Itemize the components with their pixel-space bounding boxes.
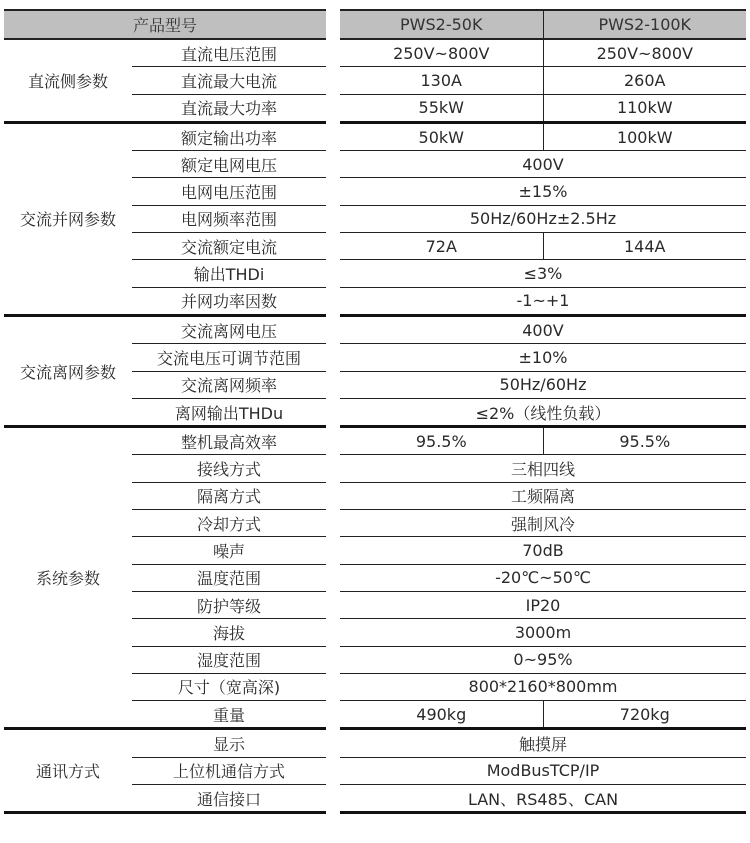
param-name: 直流最大电流: [132, 67, 326, 94]
value-row: 三相四线: [340, 455, 746, 482]
value-cell: ≤2%（线性负载）: [340, 399, 746, 425]
group-label: 系统参数: [4, 428, 132, 727]
param-group: 直流侧参数直流电压范围直流最大电流直流最大功率: [4, 40, 326, 124]
value-row: 工频隔离: [340, 483, 746, 510]
value-cell: 130A: [340, 67, 543, 93]
value-row: 70dB: [340, 537, 746, 564]
value-cell: 50Hz/60Hz±2.5Hz: [340, 206, 746, 232]
param-name: 交流电压可调节范围: [132, 344, 326, 371]
value-cell: 95.5%: [340, 428, 543, 454]
value-row: ±10%: [340, 344, 746, 371]
value-cell: 400V: [340, 151, 746, 177]
param-name: 通信接口: [132, 785, 326, 811]
value-row: 130A260A: [340, 67, 746, 94]
value-row: LAN、RS485、CAN: [340, 785, 746, 811]
param-name: 并网功率因数: [132, 288, 326, 314]
value-cell: IP20: [340, 592, 746, 618]
param-name: 额定输出功率: [132, 124, 326, 151]
value-row: 强制风冷: [340, 510, 746, 537]
param-name: 离网输出THDu: [132, 399, 326, 425]
value-cell: ≤3%: [340, 260, 746, 286]
param-name: 额定电网电压: [132, 151, 326, 178]
value-cell: 50kW: [340, 124, 543, 150]
value-row: 50Hz/60Hz: [340, 372, 746, 399]
param-name: 隔离方式: [132, 483, 326, 510]
param-name: 防护等级: [132, 592, 326, 619]
param-name: 直流电压范围: [132, 40, 326, 67]
value-group: 触摸屏ModBusTCP/IPLAN、RS485、CAN: [340, 730, 746, 814]
value-row: 250V~800V250V~800V: [340, 40, 746, 67]
param-name: 交流离网频率: [132, 372, 326, 399]
value-row: ±15%: [340, 178, 746, 205]
param-group: 交流并网参数额定输出功率额定电网电压电网电压范围电网频率范围交流额定电流输出TH…: [4, 124, 326, 317]
group-label: 直流侧参数: [4, 40, 132, 121]
param-group: 交流离网参数交流离网电压交流电压可调节范围交流离网频率离网输出THDu: [4, 317, 326, 428]
param-name: 上位机通信方式: [132, 758, 326, 785]
param-name: 重量: [132, 701, 326, 727]
value-row: 72A144A: [340, 233, 746, 260]
value-row: 50kW100kW: [340, 124, 746, 151]
value-cell: 触摸屏: [340, 730, 746, 756]
spec-table-params: 产品型号 直流侧参数直流电压范围直流最大电流直流最大功率交流并网参数额定输出功率…: [4, 9, 326, 814]
param-name: 噪声: [132, 537, 326, 564]
param-name: 接线方式: [132, 455, 326, 482]
param-name: 交流额定电流: [132, 233, 326, 260]
value-row: ModBusTCP/IP: [340, 758, 746, 785]
value-row: 55kW110kW: [340, 95, 746, 121]
param-name: 直流最大功率: [132, 95, 326, 121]
value-row: 490kg720kg: [340, 701, 746, 727]
value-cell: 800*2160*800mm: [340, 674, 746, 700]
value-cell: 144A: [543, 233, 747, 259]
param-name: 整机最高效率: [132, 428, 326, 455]
param-name: 显示: [132, 730, 326, 757]
value-group: 95.5%95.5%三相四线工频隔离强制风冷70dB-20℃~50℃IP2030…: [340, 428, 746, 730]
value-row: 50Hz/60Hz±2.5Hz: [340, 206, 746, 233]
value-cell: 250V~800V: [340, 40, 543, 66]
value-row: 400V: [340, 151, 746, 178]
param-name: 交流离网电压: [132, 317, 326, 344]
value-cell: ±15%: [340, 178, 746, 204]
value-cell: LAN、RS485、CAN: [340, 785, 746, 811]
value-cell: 110kW: [543, 95, 747, 121]
param-group: 系统参数整机最高效率接线方式隔离方式冷却方式噪声温度范围防护等级海拔湿度范围尺寸…: [4, 428, 326, 730]
value-cell: 50Hz/60Hz: [340, 372, 746, 398]
value-cell: 72A: [340, 233, 543, 259]
param-group: 通讯方式显示上位机通信方式通信接口: [4, 730, 326, 814]
value-cell: 55kW: [340, 95, 543, 121]
group-label: 交流离网参数: [4, 317, 132, 425]
group-label: 通讯方式: [4, 730, 132, 811]
value-cell: 工频隔离: [340, 483, 746, 509]
param-name: 海拔: [132, 619, 326, 646]
spec-table-values: PWS2-50K PWS2-100K 250V~800V250V~800V130…: [340, 9, 746, 814]
value-row: 0~95%: [340, 647, 746, 674]
value-cell: -1~+1: [340, 288, 746, 314]
param-name: 电网频率范围: [132, 206, 326, 233]
value-row: ≤3%: [340, 260, 746, 287]
value-cell: 强制风冷: [340, 510, 746, 536]
value-row: -1~+1: [340, 288, 746, 314]
header-row: 产品型号: [4, 9, 326, 40]
value-row: IP20: [340, 592, 746, 619]
value-group: 50kW100kW400V±15%50Hz/60Hz±2.5Hz72A144A≤…: [340, 124, 746, 317]
value-row: 800*2160*800mm: [340, 674, 746, 701]
value-cell: 三相四线: [340, 455, 746, 481]
value-cell: 70dB: [340, 537, 746, 563]
value-cell: 0~95%: [340, 647, 746, 673]
value-row: ≤2%（线性负载）: [340, 399, 746, 425]
param-name: 输出THDi: [132, 260, 326, 287]
header-label: 产品型号: [4, 13, 326, 36]
group-label: 交流并网参数: [4, 124, 132, 314]
header-row-models: PWS2-50K PWS2-100K: [340, 9, 746, 40]
value-cell: -20℃~50℃: [340, 565, 746, 591]
value-group: 250V~800V250V~800V130A260A55kW110kW: [340, 40, 746, 124]
value-row: 触摸屏: [340, 730, 746, 757]
model-50k-header: PWS2-50K: [340, 11, 543, 38]
value-group: 400V±10%50Hz/60Hz≤2%（线性负载）: [340, 317, 746, 428]
param-name: 电网电压范围: [132, 178, 326, 205]
value-cell: 95.5%: [543, 428, 747, 454]
value-cell: 720kg: [543, 701, 747, 727]
value-cell: 250V~800V: [543, 40, 747, 66]
value-cell: 400V: [340, 317, 746, 343]
value-cell: ±10%: [340, 344, 746, 370]
value-cell: 3000m: [340, 619, 746, 645]
value-row: 95.5%95.5%: [340, 428, 746, 455]
value-row: 400V: [340, 317, 746, 344]
param-name: 冷却方式: [132, 510, 326, 537]
model-100k-header: PWS2-100K: [543, 11, 747, 38]
value-cell: 260A: [543, 67, 747, 93]
param-name: 尺寸（宽高深): [132, 674, 326, 701]
value-row: -20℃~50℃: [340, 565, 746, 592]
param-name: 湿度范围: [132, 647, 326, 674]
value-row: 3000m: [340, 619, 746, 646]
value-cell: 100kW: [543, 124, 747, 150]
value-cell: 490kg: [340, 701, 543, 727]
value-cell: ModBusTCP/IP: [340, 758, 746, 784]
param-name: 温度范围: [132, 565, 326, 592]
